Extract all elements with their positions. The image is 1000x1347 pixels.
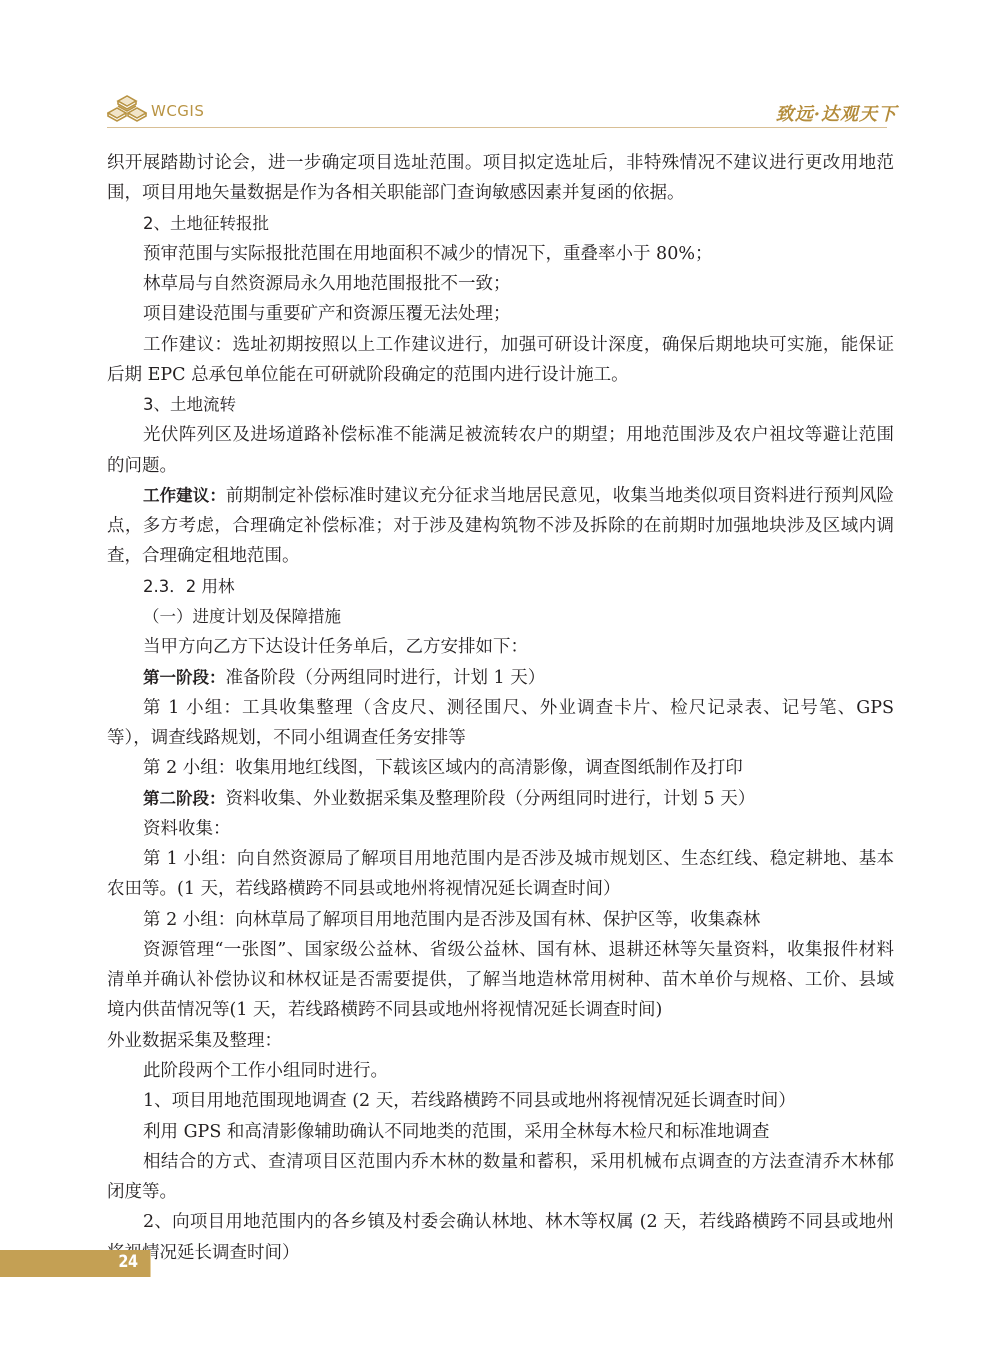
slogan: 致远·达观天下 xyxy=(776,100,897,126)
bold-lead: 第二阶段： xyxy=(143,789,226,808)
bold-lead: 工作建议： xyxy=(143,486,226,505)
paragraph-with-lead: 第二阶段：资料收集、外业数据采集及整理阶段（分两组同时进行，计划 5 天） xyxy=(107,784,894,814)
paragraph: 资源管理“一张图”、国家级公益林、省级公益林、国有林、退耕还林等矢量资料，收集报… xyxy=(107,935,894,1026)
paragraph-text: 准备阶段（分两组同时进行，计划 1 天） xyxy=(226,668,546,688)
paragraph: 资料收集： xyxy=(107,814,894,844)
paragraph-text: 资料收集、外业数据采集及整理阶段（分两组同时进行，计划 5 天） xyxy=(226,789,756,809)
stacked-cubes-logo-icon xyxy=(107,94,147,126)
paragraph: 第 2 小组：向林草局了解项目用地范围内是否涉及国有林、保护区等，收集森林 xyxy=(107,905,894,935)
document-body: 织开展踏勘讨论会，进一步确定项目选址范围。项目拟定选址后，非特殊情况不建议进行更… xyxy=(107,148,894,1268)
page-header: WCGIS 致远·达观天下 xyxy=(107,94,897,130)
paragraph-with-lead: 工作建议：前期制定补偿标准时建议充分征求当地居民意见，收集当地类似项目资料进行预… xyxy=(107,481,894,572)
bold-lead: 第一阶段： xyxy=(143,668,226,687)
paragraph: 2、向项目用地范围内的各乡镇及村委会确认林地、林木等权属 (2 天，若线路横跨不… xyxy=(107,1207,894,1268)
paragraph-text: 前期制定补偿标准时建议充分征求当地居民意见，收集当地类似项目资料进行预判风险点，… xyxy=(107,486,894,567)
paragraph-continuation: 织开展踏勘讨论会，进一步确定项目选址范围。项目拟定选址后，非特殊情况不建议进行更… xyxy=(107,148,894,209)
paragraph-with-lead: 第一阶段：准备阶段（分两组同时进行，计划 1 天） xyxy=(107,663,894,693)
paragraph: 第 2 小组：收集用地红线图，下载该区域内的高清影像，调查图纸制作及打印 xyxy=(107,753,894,783)
header-divider xyxy=(107,127,887,128)
page-number-bar: 24 xyxy=(0,1250,151,1277)
paragraph: 利用 GPS 和高清影像辅助确认不同地类的范围，采用全林每木检尺和标准地调查 xyxy=(107,1117,894,1147)
paragraph: 相结合的方式、查清项目区范围内乔木林的数量和蓄积，采用机械布点调查的方法查清乔木… xyxy=(107,1147,894,1208)
paragraph: 预审范围与实际报批范围在用地面积不减少的情况下，重叠率小于 80%； xyxy=(107,239,894,269)
paragraph: 林草局与自然资源局永久用地范围报批不一致； xyxy=(107,269,894,299)
paragraph: 当甲方向乙方下达设计任务单后，乙方安排如下： xyxy=(107,632,894,662)
paragraph: 此阶段两个工作小组同时进行。 xyxy=(107,1056,894,1086)
paragraph: 第 1 小组：工具收集整理（含皮尺、测径围尺、外业调查卡片、检尺记录表、记号笔、… xyxy=(107,693,894,754)
paragraph: 1、项目用地范围现地调查 (2 天，若线路横跨不同县或地州将视情况延长调查时间） xyxy=(107,1086,894,1116)
section-heading: 2、土地征转报批 xyxy=(107,209,894,239)
logo: WCGIS xyxy=(107,94,204,126)
page-number: 24 xyxy=(119,1252,138,1272)
paragraph: 第 1 小组：向自然资源局了解项目用地范围内是否涉及城市规划区、生态红线、稳定耕… xyxy=(107,844,894,905)
section-heading: 2.3．2 用林 xyxy=(107,572,894,602)
paragraph: 光伏阵列区及进场道路补偿标准不能满足被流转农户的期望；用地范围涉及农户祖坟等避让… xyxy=(107,420,894,481)
section-heading: （一）进度计划及保障措施 xyxy=(107,602,894,632)
paragraph: 工作建议：选址初期按照以上工作建议进行，加强可研设计深度，确保后期地块可实施，能… xyxy=(107,330,894,391)
paragraph: 项目建设范围与重要矿产和资源压覆无法处理； xyxy=(107,299,894,329)
logo-text: WCGIS xyxy=(151,102,204,120)
section-heading: 3、土地流转 xyxy=(107,390,894,420)
paragraph-continuation: 外业数据采集及整理： xyxy=(107,1026,894,1056)
